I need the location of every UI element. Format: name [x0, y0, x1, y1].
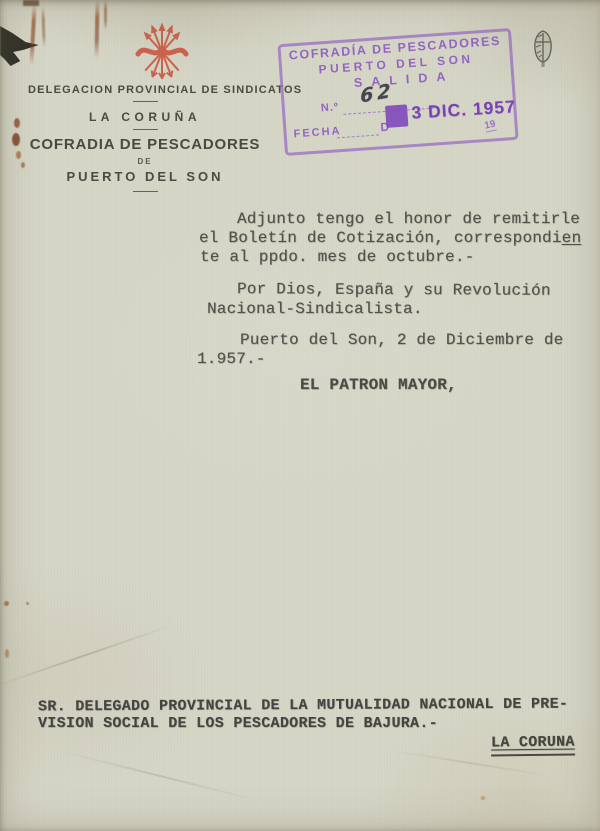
- addressee-line: VISION SOCIAL DE LOS PESCADORES DE BAJUR…: [38, 715, 438, 732]
- seal-badge-icon: [530, 28, 556, 76]
- letterhead-city: LA CORUÑA: [28, 110, 262, 124]
- letterhead-org: COFRADIA DE PESCADORES: [28, 136, 262, 153]
- letterhead-de: DE: [28, 157, 262, 166]
- body-line: Nacional-Sindicalista.: [207, 300, 423, 318]
- body-line: Adjunto tengo el honor de remitirle: [237, 210, 580, 228]
- addressee-line: SR. DELEGADO PROVINCIAL DE LA MUTUALIDAD…: [38, 696, 568, 716]
- stamp-ink-block: [385, 104, 408, 127]
- stamp-year-preprint: 19: [483, 119, 496, 133]
- letterhead-rule: [133, 101, 158, 102]
- salida-rubber-stamp: COFRADÍA DE PESCADORES PUERTO DEL SON SA…: [277, 28, 518, 156]
- rust-spot: [12, 133, 20, 146]
- rust-streak: [104, 0, 107, 30]
- addressee-city: LA CORUNA: [491, 734, 575, 756]
- stamp-date-label: FECHA: [293, 125, 342, 140]
- rust-streak: [41, 6, 45, 48]
- body-line-text: el Boletín de Cotización, correspondi: [199, 229, 562, 247]
- binding-stain: [0, 22, 44, 72]
- rust-mark: [23, 0, 39, 6]
- rust-spot: [481, 796, 485, 800]
- body-line: 1.957.-: [197, 350, 266, 368]
- falange-yoke-arrows-icon: [132, 20, 192, 84]
- addressee-city-text: LA CORUNA: [491, 734, 575, 756]
- paper-crease: [0, 624, 173, 687]
- body-line-underlined-suffix: en: [562, 229, 582, 247]
- scanned-letter-page: DELEGACION PROVINCIAL DE SINDICATOS LA C…: [0, 0, 600, 831]
- rust-spot: [26, 602, 29, 605]
- rust-streak: [94, 0, 99, 58]
- letterhead-delegation: DELEGACION PROVINCIAL DE SINDICATOS: [28, 84, 262, 96]
- stamp-date-rule: [337, 134, 379, 138]
- letterhead-rule: [133, 191, 158, 192]
- letterhead-rule: [133, 129, 158, 130]
- rust-spot: [16, 151, 21, 159]
- rust-spot: [14, 118, 20, 128]
- rust-streak: [29, 3, 36, 65]
- rust-spot: [4, 601, 9, 606]
- signature-line: EL PATRON MAYOR,: [300, 376, 457, 394]
- stamp-number-handwritten: 62: [360, 79, 394, 107]
- paper-crease: [58, 750, 262, 802]
- rust-spot: [5, 649, 9, 658]
- stamp-number-label: N.º: [321, 101, 340, 114]
- body-line: Puerto del Son, 2 de Diciembre de: [240, 331, 563, 349]
- stamp-date-value: 3 DIC. 1957: [411, 96, 516, 123]
- body-line: te al ppdo. mes de octubre.-: [200, 248, 474, 266]
- body-line: el Boletín de Cotización, correspondien: [199, 229, 581, 247]
- body-line: Por Dios, España y su Revolución: [237, 280, 551, 300]
- letterhead-town: PUERTO DEL SON: [28, 169, 262, 184]
- rust-spot: [21, 162, 25, 168]
